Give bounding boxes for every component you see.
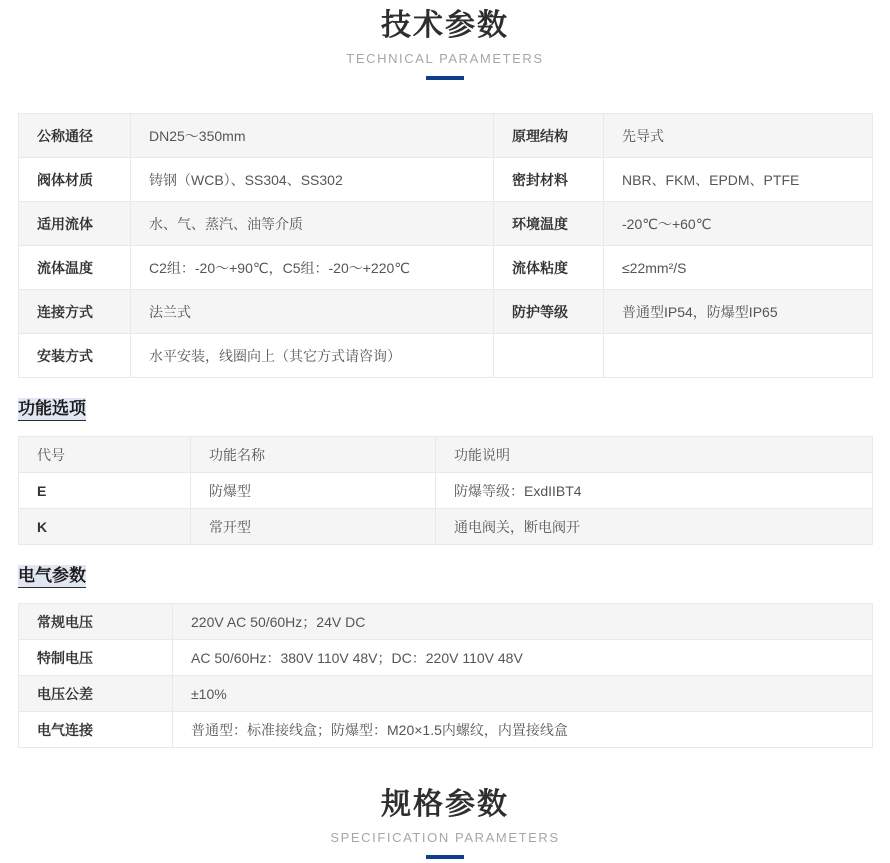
param-label-cell: 防护等级 — [494, 290, 604, 334]
param-value-cell: 水、气、蒸汽、油等介质 — [131, 202, 494, 246]
section-heading-electrical: 电气参数 — [18, 565, 86, 588]
param-value-cell: C2组：-20～+90℃，C5组：-20～+220℃ — [131, 246, 494, 290]
table-row: 电气连接 普通型：标准接线盒；防爆型：M20×1.5内螺纹，内置接线盒 — [19, 712, 873, 748]
table-row: 特制电压 AC 50/60Hz：380V 110V 48V；DC：220V 11… — [19, 640, 873, 676]
electrical-table: 常规电压 220V AC 50/60Hz；24V DC 特制电压 AC 50/6… — [18, 603, 873, 748]
param-label-cell: 安装方式 — [19, 334, 131, 378]
spec-subtitle: SPECIFICATION PARAMETERS — [0, 830, 890, 845]
table-row: 电压公差 ±10% — [19, 676, 873, 712]
param-label-cell: 原理结构 — [494, 114, 604, 158]
param-label-cell: 特制电压 — [19, 640, 173, 676]
param-value-cell: NBR、FKM、EPDM、PTFE — [604, 158, 873, 202]
param-label-cell: 连接方式 — [19, 290, 131, 334]
param-label-cell: 阀体材质 — [19, 158, 131, 202]
function-name-cell: 防爆型 — [191, 473, 436, 509]
page-title: 技术参数 — [0, 8, 890, 44]
page-subtitle: TECHNICAL PARAMETERS — [0, 51, 890, 66]
function-options-table: 代号 功能名称 功能说明 E 防爆型 防爆等级：ExdIIBT4 K 常开型 通… — [18, 436, 873, 545]
param-value-cell: 220V AC 50/60Hz；24V DC — [173, 604, 873, 640]
table-header-row: 代号 功能名称 功能说明 — [19, 437, 873, 473]
param-label-cell: 公称通径 — [19, 114, 131, 158]
param-value-cell: 普通型IP54，防爆型IP65 — [604, 290, 873, 334]
param-value-cell: 法兰式 — [131, 290, 494, 334]
param-value-cell: 先导式 — [604, 114, 873, 158]
function-desc-cell: 防爆等级：ExdIIBT4 — [436, 473, 873, 509]
table-row: 阀体材质 铸钢（WCB）、SS304、SS302 密封材料 NBR、FKM、EP… — [19, 158, 873, 202]
section-heading-function-options: 功能选项 — [18, 398, 86, 421]
column-header-function-name: 功能名称 — [191, 437, 436, 473]
param-value-cell: 普通型：标准接线盒；防爆型：M20×1.5内螺纹，内置接线盒 — [173, 712, 873, 748]
electrical-section: 电气参数 — [18, 565, 872, 588]
param-label-cell: 流体温度 — [19, 246, 131, 290]
function-desc-cell: 通电阀关，断电阀开 — [436, 509, 873, 545]
column-header-function-desc: 功能说明 — [436, 437, 873, 473]
main-content: 公称通径 DN25～350mm 原理结构 先导式 阀体材质 铸钢（WCB）、SS… — [0, 113, 890, 748]
tech-params-table: 公称通径 DN25～350mm 原理结构 先导式 阀体材质 铸钢（WCB）、SS… — [18, 113, 873, 378]
param-label-cell: 适用流体 — [19, 202, 131, 246]
param-label-cell: 环境温度 — [494, 202, 604, 246]
accent-bar — [426, 76, 464, 80]
param-label-cell: 流体粘度 — [494, 246, 604, 290]
param-value-cell: -20℃～+60℃ — [604, 202, 873, 246]
table-row: E 防爆型 防爆等级：ExdIIBT4 — [19, 473, 873, 509]
table-row: 安装方式 水平安装，线圈向上（其它方式请咨询） — [19, 334, 873, 378]
table-row: 适用流体 水、气、蒸汽、油等介质 环境温度 -20℃～+60℃ — [19, 202, 873, 246]
param-label-cell: 电压公差 — [19, 676, 173, 712]
column-header-code: 代号 — [19, 437, 191, 473]
table-row: K 常开型 通电阀关，断电阀开 — [19, 509, 873, 545]
param-label-cell: 电气连接 — [19, 712, 173, 748]
param-value-cell — [604, 334, 873, 378]
code-cell: K — [19, 509, 191, 545]
spec-params-header: 规格参数 SPECIFICATION PARAMETERS — [0, 779, 890, 859]
spec-title: 规格参数 — [0, 787, 890, 823]
param-value-cell: AC 50/60Hz：380V 110V 48V；DC：220V 110V 48… — [173, 640, 873, 676]
table-row: 连接方式 法兰式 防护等级 普通型IP54，防爆型IP65 — [19, 290, 873, 334]
param-value-cell: 铸钢（WCB）、SS304、SS302 — [131, 158, 494, 202]
table-row: 公称通径 DN25～350mm 原理结构 先导式 — [19, 114, 873, 158]
code-cell: E — [19, 473, 191, 509]
table-row: 常规电压 220V AC 50/60Hz；24V DC — [19, 604, 873, 640]
function-name-cell: 常开型 — [191, 509, 436, 545]
tech-params-header: 技术参数 TECHNICAL PARAMETERS — [0, 0, 890, 80]
param-value-cell: DN25～350mm — [131, 114, 494, 158]
param-label-cell: 常规电压 — [19, 604, 173, 640]
param-label-cell — [494, 334, 604, 378]
function-options-section: 功能选项 — [18, 398, 872, 421]
param-value-cell: ±10% — [173, 676, 873, 712]
accent-bar — [426, 855, 464, 859]
param-label-cell: 密封材料 — [494, 158, 604, 202]
table-row: 流体温度 C2组：-20～+90℃，C5组：-20～+220℃ 流体粘度 ≤22… — [19, 246, 873, 290]
param-value-cell: ≤22mm²/S — [604, 246, 873, 290]
param-value-cell: 水平安装，线圈向上（其它方式请咨询） — [131, 334, 494, 378]
